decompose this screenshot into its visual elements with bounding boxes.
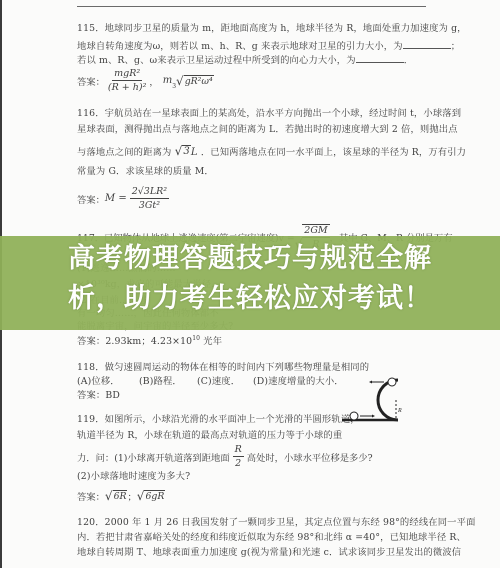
q118-option-c: (C)速度．	[197, 376, 253, 388]
q115-blank-2	[356, 53, 404, 63]
answer-label: 答案：	[77, 489, 105, 503]
answer-separator: ，	[149, 74, 158, 88]
q118-line1: 118．做匀速圆周运动的物体在相等的时间内下列哪些物理量是相同的	[77, 362, 369, 374]
q118-option-a: (A)位移．	[77, 376, 139, 388]
q115-line2: 地球自转角速度为ω，则若以 m、h、R、g 来表示地球对卫星的引力大小，为；	[77, 39, 460, 53]
q119-answer1-sqrt: √6R	[105, 490, 128, 502]
q116-var-l: L	[191, 147, 198, 158]
q117-answer-value: 2.93km；4.23×10	[105, 336, 192, 347]
q115-cube-root: 3√gR²ω⁴	[172, 75, 213, 87]
q116-answer-fraction: 2√3LR² 3Gt²	[130, 186, 169, 211]
fraction-numerator: mgR²	[112, 68, 142, 81]
q119-answer: 答案： √6R ； √6gR	[77, 489, 165, 503]
q115-line1: 115．地球同步卫星的质量为 m，距地面高度为 h，地球半径为 R，地面处重力加…	[77, 23, 467, 35]
radicand: 6R	[113, 490, 128, 502]
q119-line3-rest: 高处时，小球水平位移是多少?	[247, 450, 373, 464]
q115-answer-fraction: mgR² (R + h)²	[108, 68, 147, 93]
fraction-numerator: R	[233, 444, 244, 457]
q120-line2: 内．若把甘肃省嘉峪关处的经度和纬度近似取为东经 98°和北纬 α =40°，已知…	[77, 532, 466, 544]
q115-line3-text: 若以 m、R、g、ω来表示卫星运动过程中所受到的向心力大小，为	[77, 55, 356, 66]
q120-line1: 120．2000 年 1 月 26 日我国发射了一颗同步卫星，其定点位置与东经 …	[77, 517, 476, 529]
radicand: gR²ω⁴	[184, 75, 214, 87]
q115-line3: 若以 m、R、g、ω来表示卫星运动过程中所受到的向心力大小，为．	[77, 53, 413, 67]
q119-fraction: R 2	[233, 444, 244, 469]
q116-line4: 常量为 G．求该星球的质量 M．	[77, 166, 214, 178]
q118-answer-value: BD	[105, 390, 120, 401]
q119-line4: (2)小球落地时速度为多大?	[77, 471, 190, 483]
q116-sqrt: √3	[175, 145, 191, 157]
q116-line2: 星球表面，测得抛出点与落地点之间的距离为 L．若抛出时的初速度增大到 2 倍，则…	[77, 124, 458, 136]
q118-option-b: (B)路程．	[139, 376, 197, 388]
q119-answer2-sqrt: √6gR	[137, 490, 166, 502]
q118-options: (A)位移．(B)路程．(C)速度．(D)速度增量的大小．	[77, 376, 344, 388]
banner-title-line1: 高考物理答题技巧与规范全解	[0, 239, 500, 279]
q115-line2-end: ；	[451, 41, 460, 52]
q115-blank-1	[403, 39, 451, 49]
q115-answer: 答案： mgR² (R + h)² ， m 3√gR²ω⁴	[77, 68, 214, 93]
q119-line3: 力．问：(1)小球离开轨道落到距地面 R 2 高处时，小球水平位移是多少?	[77, 444, 373, 469]
fraction-numerator: 2√3LR²	[130, 186, 169, 199]
diagram-radius-label: R	[397, 408, 402, 414]
q117-answer: 答案：2.93km；4.23×1010 光年	[77, 336, 222, 348]
radicand: 3	[182, 145, 191, 157]
answer-separator: ；	[127, 489, 136, 503]
radical-icon: √	[175, 145, 183, 157]
q120-line3: 地球自转周期 T、地球表面重力加速度 g(视为常量)和光速 c．试求该同步卫星发…	[77, 547, 461, 559]
radical-icon: √	[176, 75, 184, 87]
q117-answer-exponent: 10	[192, 335, 200, 342]
semicircle-track-diagram: R	[340, 370, 440, 440]
q115-answer2-coef: m	[163, 75, 172, 86]
fraction-denominator: (R + h)²	[108, 81, 147, 93]
answer-label: 答案：	[77, 390, 105, 401]
fraction-denominator: 2	[235, 457, 241, 469]
q118-answer: 答案：BD	[77, 390, 120, 402]
q119-line1: 119．如图所示，小球沿光滑的水平面冲上一个光滑的半圆形轨道，	[77, 414, 360, 426]
radical-icon: √	[105, 490, 113, 502]
radical-icon: √	[137, 490, 145, 502]
q119-line2: 轨道半径为 R，小球在轨道的最高点对轨道的压力等于小球的重	[77, 430, 342, 442]
answer-label: 答案：	[77, 192, 105, 206]
q117-answer-unit: 光年	[203, 336, 222, 347]
q116-line1: 116．宇航员站在一星球表面上的某高处，沿水平方向抛出一个小球，经过时间 t，小…	[77, 108, 461, 120]
q116-answer-lhs: M =	[105, 193, 127, 204]
q115-line2-text: 地球自转角速度为ω，则若以 m、h、R、g 来表示地球对卫星的引力大小，为	[77, 41, 403, 52]
q116-answer: 答案： M = 2√3LR² 3Gt²	[77, 186, 172, 211]
banner-title-line2: 析，助力考生轻松应对考试！	[0, 279, 500, 319]
fraction-denominator: 3Gt²	[139, 199, 160, 211]
q119-line3-text: 力．问：(1)小球离开轨道落到距地面	[77, 450, 230, 464]
q116-line3-text: 与落地点之间的距离为	[77, 147, 171, 158]
answer-label: 答案：	[77, 336, 105, 347]
q116-line3-rest: ．已知两落地点在同一水平面上，该星球的半径为 R，万有引力	[201, 147, 466, 158]
top-rule	[77, 6, 426, 7]
answer-label: 答案：	[77, 74, 105, 88]
q115-line3-end: ．	[404, 55, 413, 66]
banner-title: 高考物理答题技巧与规范全解 析，助力考生轻松应对考试！	[0, 239, 500, 319]
radicand: 6gR	[144, 490, 165, 502]
q118-option-d: (D)速度增量的大小．	[253, 376, 344, 387]
q116-line3: 与落地点之间的距离为 √3L ．已知两落地点在同一水平面上，该星球的半径为 R，…	[77, 145, 466, 159]
